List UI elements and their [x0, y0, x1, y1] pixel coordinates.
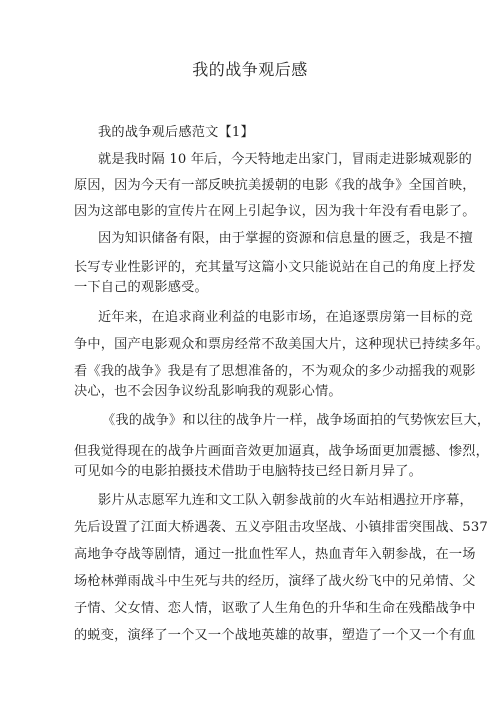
paragraph-line: 就是我时隔 10 年后，今天特地走出家门，冒雨走进影城观影的: [98, 148, 472, 167]
paragraph-line: 争中，国产电影观众和票房经常不敌美国大片，这种现状已持续多年。: [74, 333, 489, 352]
paragraph-line: 《我的战争》和以往的战争片一样，战争场面拍的气势恢宏巨大，: [102, 409, 490, 428]
paragraph-line: 近年来，在追求商业利益的电影市场，在追逐票房第一目标的竞: [98, 306, 473, 325]
paragraph-line: 原因，因为今天有一部反映抗美援朝的电影《我的战争》全国首映，: [74, 174, 476, 193]
paragraph-line: 影片从志愿军九连和文工队入朝参战前的火车站相遇拉开序幕，: [98, 489, 473, 508]
paragraph-line: 的蜕变，演绎了一个又一个战地英雄的故事，塑造了一个又一个有血: [74, 624, 476, 643]
paragraph-line: 因为这部电影的宣传片在网上引起争议，因为我十年没有看电影了。: [74, 200, 476, 219]
paragraph-line: 但我觉得现在的战争片画面音效更加逼真，战争场面更加震撼、惨烈，: [74, 440, 489, 459]
paragraph-line: 可见如今的电影拍摄技术借助于电脑特技已经日新月异了。: [74, 460, 422, 479]
section-heading: 我的战争观后感范文【1】: [98, 121, 254, 140]
paragraph-line: 先后设置了江面大桥遇袭、五义亭阻击攻坚战、小镇排雷突围战、537: [74, 516, 488, 535]
paragraph-line: 一下自己的观影感受。: [74, 276, 208, 295]
paragraph-line: 子情、父女情、恋人情，讴歌了人生角色的升华和生命在残酷战争中: [74, 597, 476, 616]
document-page: 我的战争观后感 我的战争观后感范文【1】 就是我时隔 10 年后，今天特地走出家…: [0, 0, 500, 707]
paragraph-line: 高地争夺战等剧情，通过一批血性军人，热血青年入朝参战，在一场: [74, 543, 476, 562]
paragraph-line: 决心，也不会因争议纷乱影响我的观影心情。: [74, 380, 342, 399]
paragraph-line: 看《我的战争》我是有了思想准备的，不为观众的多少动摇我的观影: [74, 360, 476, 379]
paragraph-line: 长写专业性影评的，充其量写这篇小文只能说站在自己的角度上抒发: [74, 256, 476, 275]
paragraph-line: 因为知识储备有限，由于掌握的资源和信息量的匮乏，我是不擅: [98, 227, 473, 246]
paragraph-line: 场枪林弹雨战斗中生死与共的经历，演绎了战火纷飞中的兄弟情、父: [74, 570, 476, 589]
document-title: 我的战争观后感: [0, 57, 500, 80]
